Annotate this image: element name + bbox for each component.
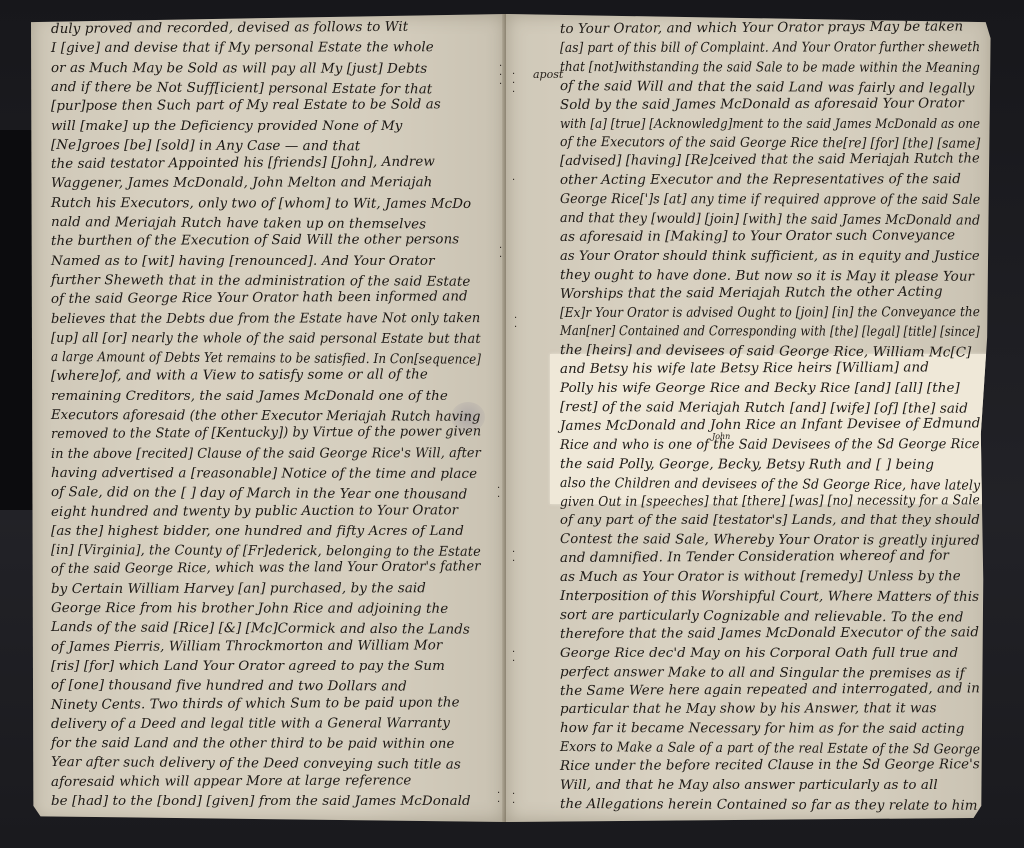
manuscript-line: of the said George Rice Your Orator hath… — [51, 289, 481, 307]
manuscript-line: and damnified. In Tender Consideration w… — [560, 549, 980, 567]
manuscript-line: of [one] thousand five hundred and two D… — [51, 678, 481, 695]
manuscript-line: the Allegations herein Contained so far … — [560, 797, 980, 814]
margin-dots: ·· — [512, 548, 515, 566]
margin-dots: ·· — [497, 789, 500, 807]
manuscript-line: with [a] [true] [Acknowledg]ment to the … — [560, 117, 930, 132]
manuscript-line: removed to the State of [Kentucky]) by V… — [51, 425, 464, 443]
manuscript-line: [Ne]groes [be] [sold] in Any Case — and … — [51, 138, 481, 155]
manuscript-line: remaining Creditors, the said James McDo… — [51, 389, 481, 404]
manuscript-line: [where]of, and with a View to satisfy so… — [51, 368, 481, 385]
manuscript-line: delivery of a Deed and legal title with … — [51, 716, 481, 732]
manuscript-line: having advertised a [reasonable] Notice … — [51, 466, 481, 482]
manuscript-line: James McDonald and John Rice an Infant D… — [560, 416, 980, 434]
manuscript-line: as Much as Your Orator is without [remed… — [560, 569, 980, 585]
manuscript-line: Interposition of this Worshipful Court, … — [560, 589, 980, 605]
margin-dots: ·· — [512, 790, 515, 808]
margin-dots: ·· — [514, 314, 517, 332]
manuscript-line: [advised] [having] [Re]ceived that the s… — [560, 152, 969, 170]
manuscript-line: of the said Will and that the said Land … — [560, 79, 980, 97]
manuscript-line: Rice under the before recited Clause in … — [560, 757, 979, 774]
manuscript-line: the Same Were here again repeated and in… — [560, 681, 979, 699]
left-page: duly proved and recorded, devised as fol… — [31, 14, 506, 822]
margin-dots: · — [512, 176, 515, 185]
manuscript-line: particular that he May show by his Answe… — [560, 702, 980, 718]
manuscript-line: given Out in [speeches] that [there] [wa… — [560, 493, 944, 510]
manuscript-line: nald and Meriajah Rutch have taken up on… — [51, 215, 481, 233]
manuscript-line: or as Much May be Sold as will pay all M… — [51, 61, 481, 77]
manuscript-line: believes that the Debts due from the Est… — [51, 311, 467, 327]
manuscript-line: Man[ner] Contained and Corresponding wit… — [560, 324, 920, 340]
manuscript-line: that [not]withstanding the said Sale to … — [560, 60, 937, 76]
manuscript-line: Polly his wife George Rice and Becky Ric… — [560, 381, 980, 396]
manuscript-line: for the said Land and the other third to… — [51, 736, 481, 752]
manuscript-line: as Your Orator should think sufficient, … — [560, 249, 971, 264]
manuscript-line: Ninety Cents. Two thirds of which Sum to… — [51, 695, 481, 713]
manuscript-line: to Your Orator, and which Your Orator pr… — [560, 19, 980, 37]
manuscript-line: aforesaid which will appear More at larg… — [51, 773, 481, 790]
manuscript-line: I [give] and devise that if My personal … — [51, 40, 481, 56]
manuscript-line: duly proved and recorded, devised as fol… — [51, 19, 481, 37]
manuscript-line: Will, and that he May also answer partic… — [560, 778, 980, 793]
manuscript-line: eight hundred and twenty by public Aucti… — [51, 503, 481, 520]
manuscript-line: [rest] of the said Meriajah Rutch [and] … — [560, 400, 980, 417]
manuscript-line: Exors to Make a Sale of a part of the re… — [560, 740, 949, 757]
manuscript-line: of Sale, did on the [ ] day of March in … — [51, 485, 481, 503]
margin-dots: ·· — [497, 484, 500, 502]
manuscript-line: a large Amount of Debts Yet remains to b… — [51, 350, 432, 367]
manuscript-line: perfect answer Make to all and Singular … — [560, 665, 980, 682]
manuscript-line: of James Pierris, William Throckmorton a… — [51, 638, 481, 655]
manuscript-line: in the above [recited] Clause of the sai… — [51, 446, 463, 462]
manuscript-line: Contest the said Sale, Whereby Your Orat… — [560, 532, 975, 549]
manuscript-line: of the said George Rice, which was the l… — [51, 560, 466, 578]
margin-dots: ·· — [512, 648, 515, 666]
manuscript-line: and Betsy his wife late Betsy Rice heirs… — [560, 360, 980, 377]
manuscript-line: how far it became Necessary for him as f… — [560, 721, 980, 737]
manuscript-line: will [make] up the Deficiency provided N… — [51, 119, 481, 134]
manuscript-line: of any part of the said [testator's] Lan… — [560, 513, 972, 528]
right-page: apost John to Your Orator, and which You… — [506, 14, 993, 822]
manuscript-line: as aforesaid in [Making] to Your Orator … — [560, 228, 980, 245]
manuscript-line: Named as to [wit] having [renounced]. An… — [51, 254, 481, 269]
manuscript-line: Lands of the said [Rice] [&] [Mc]Cormick… — [51, 620, 481, 638]
manuscript-line: Sold by the said James McDonald as afore… — [560, 96, 980, 113]
manuscript-line: the said testator Appointed his [friends… — [51, 154, 481, 172]
manuscript-line: and if there be Not Suff[icient] persona… — [51, 80, 481, 98]
manuscript-line: be [had] to the [bond] [given] from the … — [51, 794, 481, 809]
manuscript-line: [up] all [or] nearly the whole of the sa… — [51, 331, 465, 347]
manuscript-line: Waggener, James McDonald, John Melton an… — [51, 175, 481, 191]
manuscript-line: [pur]pose then Such part of My real Esta… — [51, 97, 481, 114]
manuscript-line: George Rice[']s [at] any time if require… — [560, 192, 955, 208]
manuscript-line: the [heirs] and devisees of said George … — [560, 343, 980, 361]
manuscript-line: Year after such delivery of the Deed con… — [51, 755, 481, 773]
manuscript-line: other Acting Executor and the Representa… — [560, 172, 980, 188]
scan-viewport: duly proved and recorded, devised as fol… — [0, 0, 1024, 848]
manuscript-line: Worships that the said Meriajah Rutch th… — [560, 284, 980, 302]
manuscript-line: Rutch his Executors, only two of [whom] … — [51, 196, 481, 212]
manuscript-line: [as] part of this bill of Complaint. And… — [560, 40, 942, 56]
manuscript-line: [as the] highest bidder, one hundred and… — [51, 524, 481, 539]
manuscript-line: also the Children and devisees of the Sd… — [560, 476, 952, 493]
manuscript-line: of the Executors of the said George Rice… — [560, 135, 949, 152]
manuscript-line: the said Polly, George, Becky, Betsy Rut… — [560, 457, 980, 473]
margin-dots: ··· — [512, 70, 515, 97]
manuscript-line: [Ex]r Your Orator is advised Ought to [j… — [560, 305, 938, 321]
manuscript-line: by Certain William Harvey [an] purchased… — [51, 581, 481, 597]
manuscript-line: [in] [Virginia], the County of [Fr]ederi… — [51, 543, 464, 560]
manuscript-line: therefore that the said James McDonald E… — [560, 625, 980, 642]
manuscript-line: George Rice dec'd May on his Corporal Oa… — [560, 646, 980, 661]
manuscript-line: further Sheweth that in the administrati… — [51, 273, 481, 290]
manuscript-line: and that they [would] [join] [with] the … — [560, 211, 958, 229]
manuscript-line: the burthen of the Execution of Said Wil… — [51, 232, 481, 249]
manuscript-line: they ought to have done. But now so it i… — [560, 268, 980, 285]
manuscript-line: Executors aforesaid (the other Executor … — [51, 408, 472, 425]
manuscript-line: [ris] [for] which Land Your Orator agree… — [51, 659, 481, 674]
manuscript-line: Rice and who is one of the Said Devisees… — [560, 437, 963, 453]
manuscript-line: George Rice from his brother John Rice a… — [51, 601, 481, 617]
margin-note: apost — [533, 68, 563, 81]
manuscript-line: sort are particularly Cognizable and rel… — [560, 608, 980, 626]
